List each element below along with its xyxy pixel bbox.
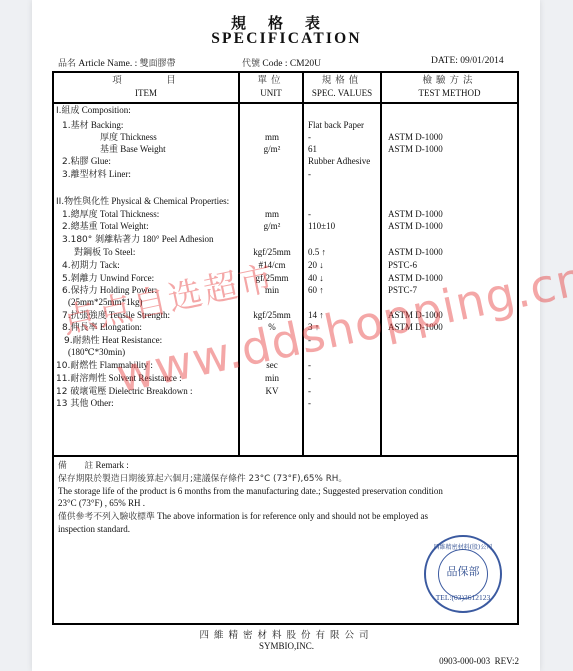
test-method-cell: ASTM D-1000 <box>388 310 443 321</box>
header-unit-cn: 單位 <box>240 75 302 87</box>
item-label-cn: 厚度 <box>100 133 118 143</box>
spec-value-cell: 3 ↑ <box>308 322 319 333</box>
header-method-cn: 檢驗方法 <box>382 75 517 87</box>
spec-value-cell: - <box>308 209 311 220</box>
item-label-cn: 1.總厚度 <box>62 210 98 220</box>
table-row: 1.總厚度 Total Thickness: <box>62 209 159 221</box>
spec-value-cell: Rubber Adhesive <box>308 156 370 167</box>
test-method-cell: ASTM D-1000 <box>388 209 443 220</box>
spec-value-cell: 60 ↑ <box>308 285 324 296</box>
table-row: 3.180° 剝離粘著力 180° Peel Adhesion <box>62 234 214 246</box>
spec-value-cell: 110±10 <box>308 221 335 232</box>
spec-value-cell: 40 ↓ <box>308 273 324 284</box>
table-row: 13 其他 Other: <box>56 398 114 410</box>
item-label-cn: II.物性與化性 <box>56 197 109 207</box>
item-label-cn: 10.耐燃性 <box>56 361 97 371</box>
item-label-en: Glue: <box>91 156 111 166</box>
item-label-en: Tensile Strength: <box>109 310 170 320</box>
spec-value-cell: - <box>308 398 311 409</box>
unit-cell: mm <box>240 132 304 143</box>
item-label-en: Backing: <box>91 120 124 130</box>
spec-value-cell: - <box>308 169 311 180</box>
header-method-en: TEST METHOD <box>382 87 517 99</box>
test-method-cell: ASTM D-1000 <box>388 144 443 155</box>
item-label-cn: 4.初期力 <box>62 261 98 271</box>
article-label-en: Article Name. : <box>78 59 137 69</box>
item-label-cn: 基重 <box>100 145 118 155</box>
column-divider <box>380 73 382 457</box>
table-row: 7.抗張強度 Tensile Strength: <box>62 310 170 322</box>
unit-cell: min <box>240 285 304 296</box>
unit-cell: sec <box>240 360 304 371</box>
doc-number: 0903-000-003 <box>439 656 490 666</box>
spec-value-cell: 0.5 ↑ <box>308 247 326 258</box>
remark-label-en: Remark : <box>95 460 128 470</box>
date-label: DATE: <box>431 56 458 66</box>
unit-cell: #14/cm <box>240 260 304 271</box>
company-name-cn: 四維精密材料股份有限公司 <box>0 627 573 641</box>
item-label-en: Elongation: <box>100 322 142 332</box>
header-spec-en: SPEC. VALUES <box>304 87 380 99</box>
test-method-cell: ASTM D-1000 <box>388 273 443 284</box>
item-label-cn: 7.抗張強度 <box>62 311 107 321</box>
table-row: 2.總基重 Total Weight: <box>62 221 149 233</box>
remark-line-4-en: The above information is for reference o… <box>157 511 428 521</box>
table-row: (25mm*25mm*1kg) <box>68 297 143 309</box>
table-row: 11.耐溶劑性 Solvent Resistance : <box>56 373 182 385</box>
test-method-cell: ASTM D-1000 <box>388 247 443 258</box>
table-row: 1.基材 Backing: <box>62 120 123 132</box>
stamp-top-text: 四維精密材料(股)公司 <box>426 542 500 551</box>
remark-heading: 備 註 Remark : <box>58 459 129 472</box>
remark-label-cn: 備 註 <box>58 461 93 471</box>
document-date: DATE: 09/01/2014 <box>431 56 504 66</box>
item-label-cn: 對鋼板 <box>74 248 101 258</box>
unit-cell: % <box>240 322 304 333</box>
document-number: 0903-000-003 REV:2 <box>439 656 519 666</box>
item-label-en: (180℃*30min) <box>68 347 125 357</box>
item-label-cn: 5.剝離力 <box>62 274 98 284</box>
spec-value-cell: - <box>308 335 311 346</box>
header-item-en: ITEM <box>54 87 238 99</box>
item-label-cn: I.組成 <box>56 106 80 116</box>
unit-cell: kgf/25mm <box>240 310 304 321</box>
quality-assurance-stamp: 四維精密材料(股)公司 品保部 TEL:(03)3612123 <box>424 535 502 613</box>
item-label-cn: 8.伸長率 <box>62 323 98 333</box>
table-row: 厚度 Thickness <box>100 132 157 144</box>
test-method-cell: PSTC-7 <box>388 285 417 296</box>
item-label-en: Total Thickness: <box>100 209 159 219</box>
item-label-cn: 9.耐熱性 <box>64 336 100 346</box>
doc-revision: REV:2 <box>495 656 519 666</box>
unit-cell: KV <box>240 386 304 397</box>
article-label-cn: 品名 <box>58 59 76 69</box>
company-name-en: SYMBIO,INC. <box>0 641 573 651</box>
test-method-cell: ASTM D-1000 <box>388 322 443 333</box>
spec-value-cell: - <box>308 386 311 397</box>
stamp-center-text: 品保部 <box>426 563 500 579</box>
header-spec-cn: 規格值 <box>304 75 380 87</box>
unit-cell: g/m² <box>240 144 304 155</box>
spec-value-cell: 61 <box>308 144 317 155</box>
test-method-cell: PSTC-6 <box>388 260 417 271</box>
table-row: (180℃*30min) <box>68 347 125 359</box>
item-label-en: Heat Resistance: <box>102 335 162 345</box>
table-row: 對鋼板 To Steel: <box>74 247 135 259</box>
item-label-cn: 1.基材 <box>62 121 89 131</box>
stamp-phone: TEL:(03)3612123 <box>426 593 500 602</box>
remark-line-2: The storage life of the product is 6 mon… <box>58 485 443 497</box>
code-label-en: Code : <box>262 59 287 69</box>
item-label-cn: 3.離型材料 <box>62 170 107 180</box>
test-method-cell: ASTM D-1000 <box>388 221 443 232</box>
table-row: 4.初期力 Tack: <box>62 260 120 272</box>
header-spec: 規格值 SPEC. VALUES <box>304 75 380 99</box>
code-value: CM20U <box>290 59 321 69</box>
table-row: 8.伸長率 Elongation: <box>62 322 142 334</box>
item-label-en: Liner: <box>109 169 131 179</box>
item-label-cn: 11.耐溶劑性 <box>56 374 106 384</box>
table-row: 2.粘膠 Glue: <box>62 156 111 168</box>
item-label-cn: 3.180° 剝離粘著力 <box>62 235 140 245</box>
item-label-en: Tack: <box>100 260 120 270</box>
spec-value-cell: - <box>308 360 311 371</box>
article-name: 品名 Article Name. : 雙面膠帶 <box>58 56 176 69</box>
header-item-cn: 項 目 <box>54 75 238 87</box>
item-label-en: To Steel: <box>103 247 135 257</box>
item-label-en: Composition: <box>82 105 131 115</box>
remark-line-4: 僅供參考不列入驗收標準 The above information is for… <box>58 510 428 523</box>
remark-line-1-text: 保存期限於製造日期後算起六個月;建議保存條件 23°C (73°F),65% R… <box>58 474 347 484</box>
item-label-en: Holding Power: <box>100 285 157 295</box>
unit-cell: mm <box>240 209 304 220</box>
item-label-en: Base Weight <box>120 144 165 154</box>
table-row: 6.保持力 Holding Power: <box>62 285 157 297</box>
table-row: I.組成 Composition: <box>56 105 131 117</box>
table-row: 3.離型材料 Liner: <box>62 169 131 181</box>
remark-line-1: 保存期限於製造日期後算起六個月;建議保存條件 23°C (73°F),65% R… <box>58 472 347 485</box>
item-label-en: Unwind Force: <box>100 273 154 283</box>
item-label-cn: 2.總基重 <box>62 222 98 232</box>
table-row: 9.耐熱性 Heat Resistance: <box>64 335 162 347</box>
unit-cell: kgf/25mm <box>240 247 304 258</box>
article-value: 雙面膠帶 <box>140 59 176 69</box>
product-code: 代號 Code : CM20U <box>242 56 321 69</box>
remark-line-3: 23°C (73°F) , 65% RH . <box>58 497 145 509</box>
test-method-cell: ASTM D-1000 <box>388 132 443 143</box>
header-unit: 單位 UNIT <box>240 75 302 99</box>
unit-cell: gf/25mm <box>240 273 304 284</box>
item-label-en: 180° Peel Adhesion <box>142 234 213 244</box>
item-label-en: Dielectric Breakdown : <box>109 386 193 396</box>
table-row: 基重 Base Weight <box>100 144 166 156</box>
title-english: SPECIFICATION <box>0 30 573 48</box>
header-unit-en: UNIT <box>240 87 302 99</box>
header-method: 檢驗方法 TEST METHOD <box>382 75 517 99</box>
table-row: 5.剝離力 Unwind Force: <box>62 273 154 285</box>
item-label-en: Flammability : <box>100 360 153 370</box>
remark-line-4-cn: 僅供參考不列入驗收標準 <box>58 512 155 522</box>
remark-line-5: inspection standard. <box>58 523 130 535</box>
table-row: 12 破壞電壓 Dielectric Breakdown : <box>56 386 193 398</box>
unit-cell: g/m² <box>240 221 304 232</box>
item-label-cn: 12 破壞電壓 <box>56 387 106 397</box>
spec-value-cell: - <box>308 132 311 143</box>
spec-value-cell: 20 ↓ <box>308 260 324 271</box>
remark-divider <box>54 455 517 457</box>
item-label-en: Solvent Resistance : <box>109 373 182 383</box>
unit-cell: min <box>240 373 304 384</box>
item-label-en: Other: <box>91 398 114 408</box>
item-label-en: Thickness <box>120 132 157 142</box>
item-label-cn: 6.保持力 <box>62 286 98 296</box>
item-label-en: Physical & Chemical Properties: <box>111 196 229 206</box>
header-item: 項 目 ITEM <box>54 75 238 99</box>
item-label-en: (25mm*25mm*1kg) <box>68 297 143 307</box>
header-divider <box>54 102 517 104</box>
spec-value-cell: - <box>308 373 311 384</box>
table-row: 10.耐燃性 Flammability : <box>56 360 153 372</box>
table-row: II.物性與化性 Physical & Chemical Properties: <box>56 196 229 208</box>
spec-value-cell: Flat back Paper <box>308 120 364 131</box>
item-label-cn: 13 其他 <box>56 399 88 409</box>
code-label-cn: 代號 <box>242 59 260 69</box>
date-value: 09/01/2014 <box>460 56 503 66</box>
spec-value-cell: 14 ↑ <box>308 310 324 321</box>
item-label-cn: 2.粘膠 <box>62 157 89 167</box>
item-label-en: Total Weight: <box>100 221 149 231</box>
